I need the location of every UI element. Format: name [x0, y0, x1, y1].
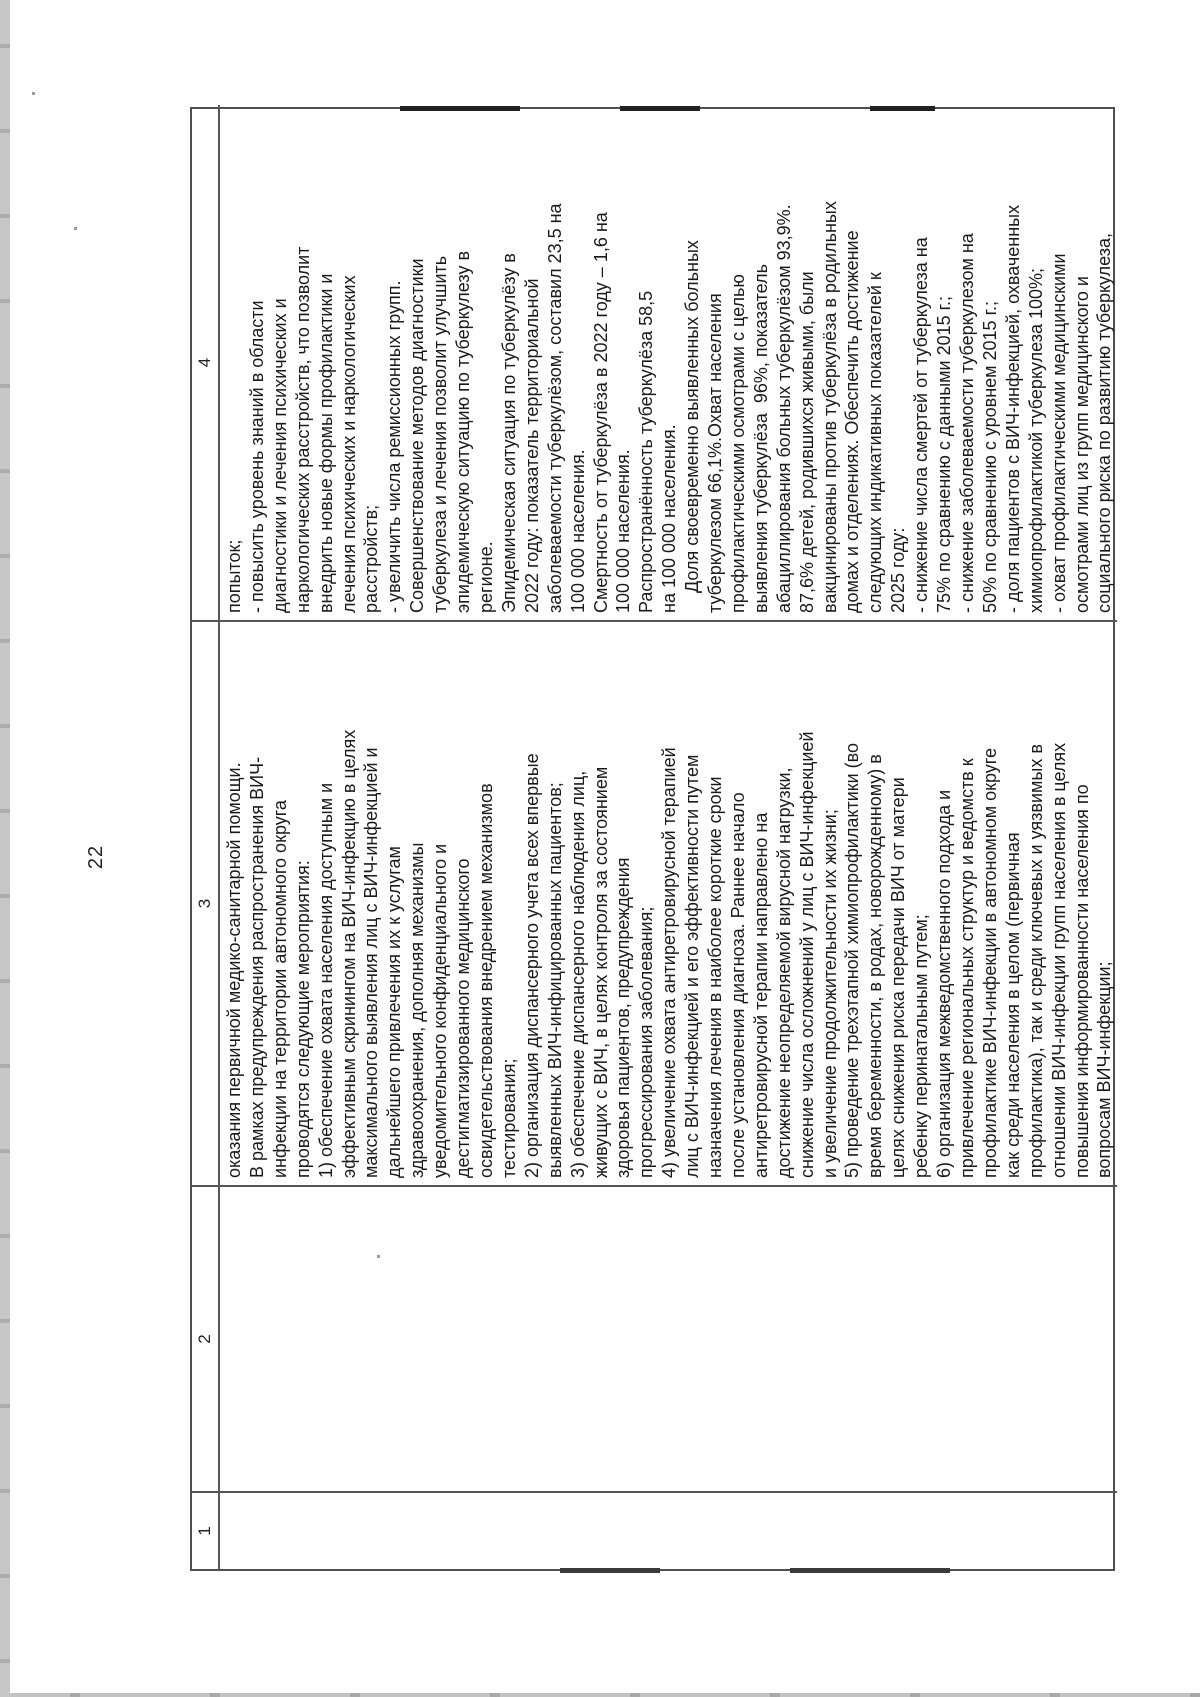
scan-noise-speck: [74, 227, 77, 230]
table-header-col2: 2: [192, 1185, 220, 1491]
table-cell-col2: [220, 1185, 1117, 1491]
scan-noise-speck: [377, 1255, 380, 1258]
table-cell-col3-text: оказания первичной медико-санитарной пом…: [220, 622, 1116, 1185]
table-header-col4: 4: [192, 105, 220, 620]
scan-noise-speck: [628, 1043, 631, 1046]
scan-line-artifact: [620, 106, 700, 111]
scan-edge-artifact-top: [0, 0, 10, 1697]
scan-line-artifact: [400, 106, 520, 111]
scan-edge-artifact-left: [10, 1693, 1200, 1697]
scan-line-artifact: [870, 106, 935, 111]
scan-line-artifact: [560, 1568, 660, 1573]
scan-noise-speck: [32, 92, 35, 95]
page-number: 22: [85, 822, 108, 892]
table-cell-col4: попыток; - повысить уровень знаний в обл…: [220, 105, 1117, 620]
table-header-col3: 3: [192, 620, 220, 1185]
table-cell-col1: [220, 1491, 1117, 1569]
table-header-col1: 1: [192, 1491, 220, 1569]
scanned-page: 22 1 2 3 4 оказания первичной медико-сан…: [0, 0, 1200, 1697]
table-cell-col4-text: попыток; - повысить уровень знаний в обл…: [220, 105, 1116, 620]
table-cell-col1-text: [220, 1493, 223, 1569]
document-table: 1 2 3 4 оказания первичной медико-санита…: [190, 107, 1115, 1571]
table-cell-col2-text: [220, 1187, 223, 1491]
scan-line-artifact: [790, 1568, 950, 1573]
table-cell-col3: оказания первичной медико-санитарной пом…: [220, 620, 1117, 1185]
rotated-document-content: 22 1 2 3 4 оказания первичной медико-сан…: [0, 0, 1200, 1697]
